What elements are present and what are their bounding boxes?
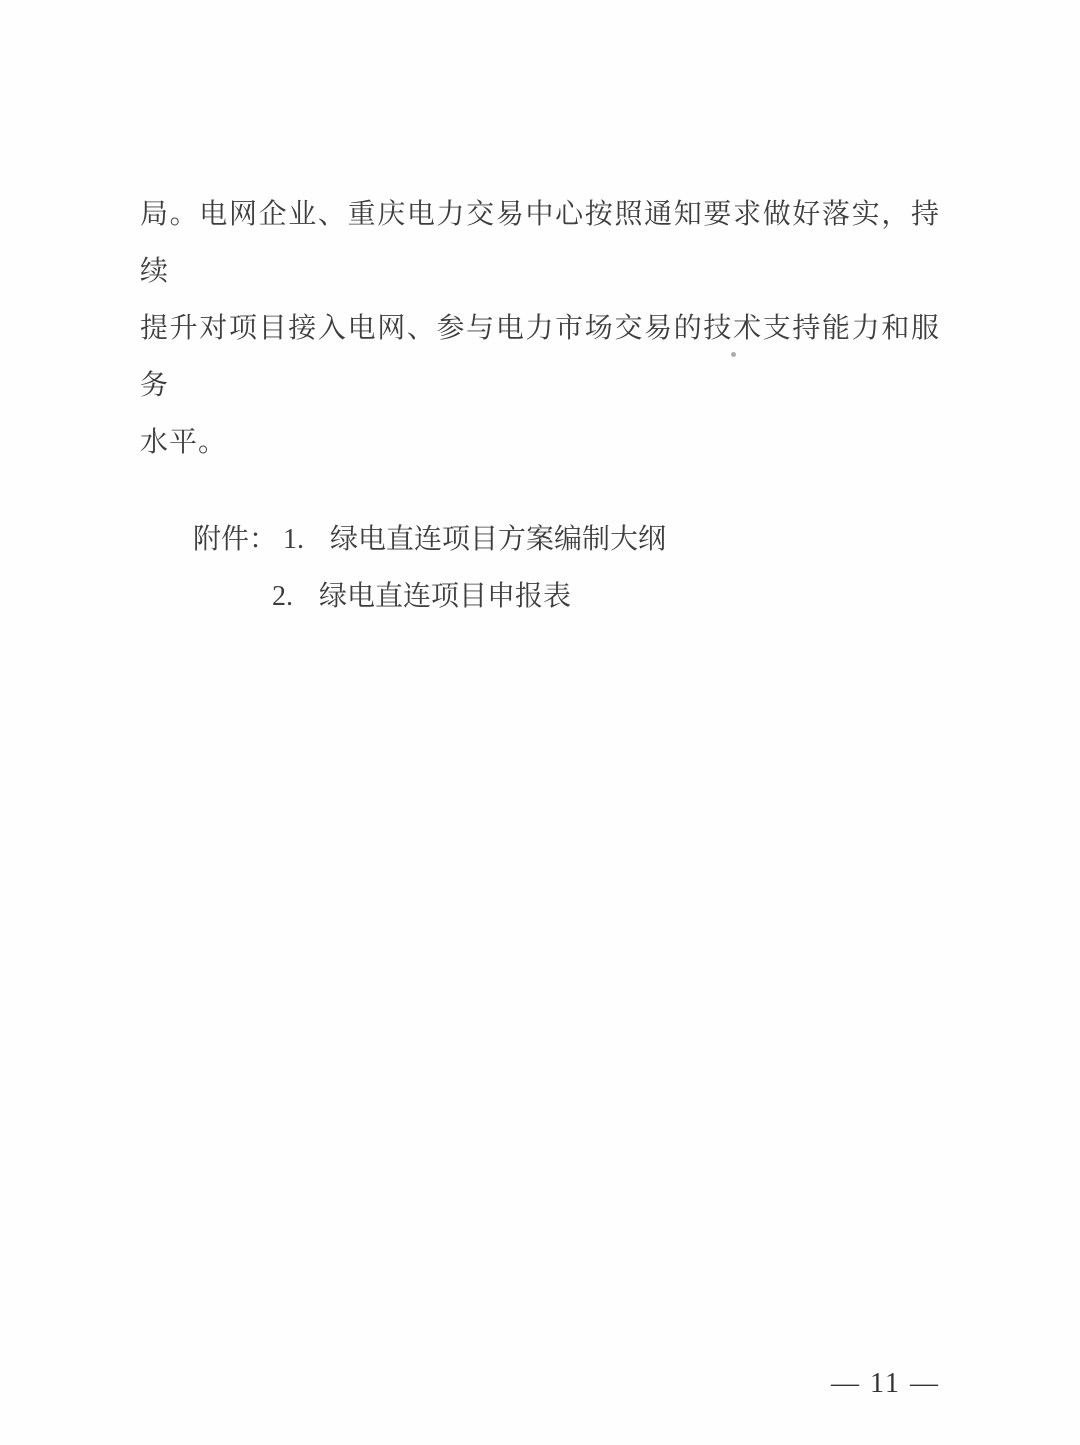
body-paragraph: 局。电网企业、重庆电力交易中心按照通知要求做好落实，持续 提升对项目接入电网、参… [140, 186, 940, 471]
attachment-item-number: 1. [283, 524, 304, 555]
paragraph-line: 提升对项目接入电网、参与电力市场交易的技术支持能力和服务 [140, 300, 940, 414]
attachment-item-number: 2. [272, 581, 293, 612]
attachment-item: 附件：1.绿电直连项目方案编制大纲 [140, 511, 940, 568]
attachment-item-title: 绿电直连项目方案编制大纲 [330, 524, 666, 555]
document-page: 局。电网企业、重庆电力交易中心按照通知要求做好落实，持续 提升对项目接入电网、参… [0, 0, 1080, 1445]
paragraph-line: 水平。 [140, 414, 940, 471]
attachment-list: 附件：1.绿电直连项目方案编制大纲 2.绿电直连项目申报表 [140, 511, 940, 625]
attachment-label: 附件： [193, 524, 277, 555]
attachment-item-title: 绿电直连项目申报表 [319, 581, 571, 612]
page-number: — 11 — [831, 1368, 940, 1400]
scan-artifact-dot [731, 352, 736, 357]
paragraph-line: 局。电网企业、重庆电力交易中心按照通知要求做好落实，持续 [140, 186, 940, 300]
document-content: 局。电网企业、重庆电力交易中心按照通知要求做好落实，持续 提升对项目接入电网、参… [140, 186, 940, 625]
attachment-item: 2.绿电直连项目申报表 [140, 568, 940, 625]
